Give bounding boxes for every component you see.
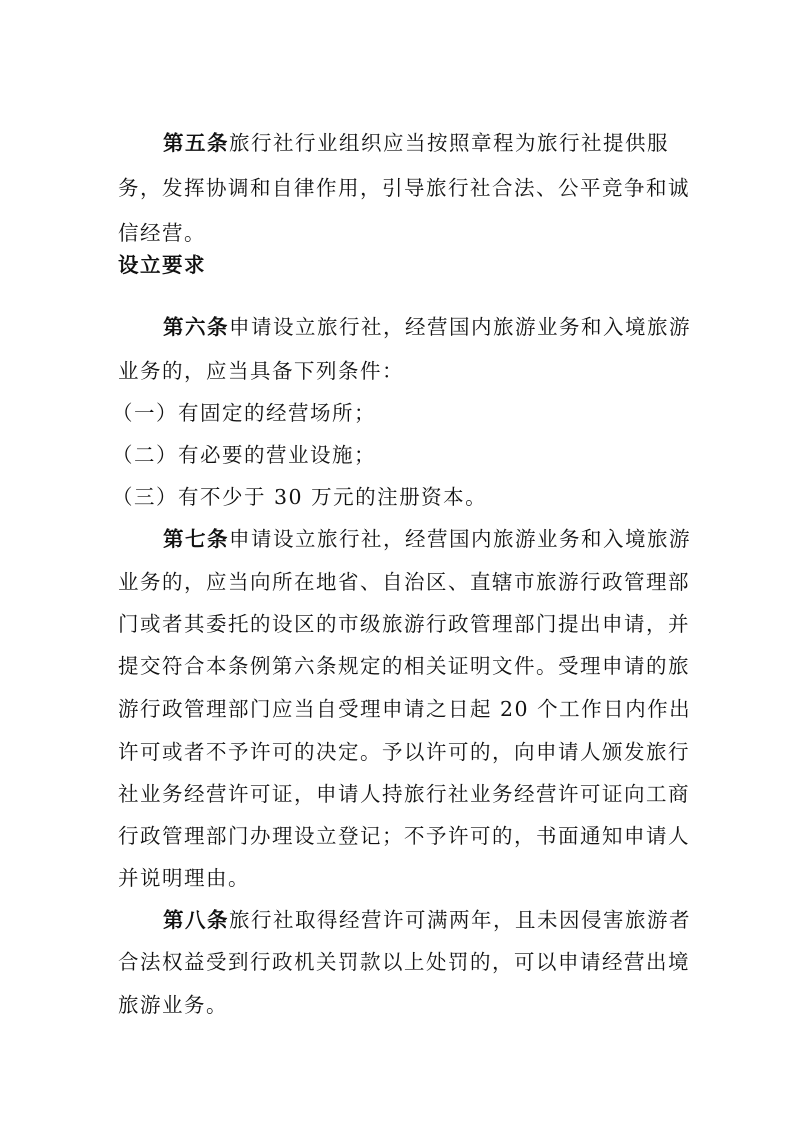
article-8-label: 第八条 (163, 908, 229, 932)
article-6-line-1: 第六条申请设立旅行社，经营国内旅游业务和入境旅游 (163, 315, 691, 339)
article-8-line-3: 旅游业务。 (118, 993, 228, 1017)
article-6-line-2: 业务的，应当具备下列条件： (118, 359, 404, 383)
article-5-line-2: 务，发挥协调和自律作用，引导旅行社合法、公平竞争和诚 (118, 176, 690, 200)
article-7-label: 第七条 (163, 527, 229, 551)
article-7-line-3: 门或者其委托的设区的市级旅游行政管理部门提出申请，并 (118, 612, 690, 636)
article-7-line-5: 游行政管理部门应当自受理申请之日起 20 个工作日内作出 (118, 697, 691, 721)
article-7-line-2: 业务的，应当向所在地省、自治区、直辖市旅游行政管理部 (118, 570, 690, 594)
article-6-item-3: （三）有不少于 30 万元的注册资本。 (112, 485, 487, 509)
article-6-item-2: （二）有必要的营业设施； (112, 443, 376, 467)
article-5-label: 第五条 (163, 131, 229, 155)
article-8-line-1: 第八条旅行社取得经营许可满两年，且未因侵害旅游者 (163, 908, 691, 932)
article-5-line-1: 第五条旅行社行业组织应当按照章程为旅行社提供服 (163, 131, 669, 155)
article-7-line-6: 许可或者不予许可的决定。予以许可的，向申请人颁发旅行 (118, 740, 690, 764)
article-6-item-1: （一）有固定的经营场所； (112, 401, 376, 425)
article-7-line-8: 行政管理部门办理设立登记；不予许可的，书面通知申请人 (118, 824, 690, 848)
article-8-line-2: 合法权益受到行政机关罚款以上处罚的，可以申请经营出境 (118, 950, 690, 974)
article-5-line-3: 信经营。 (118, 221, 206, 245)
section-heading: 设立要求 (118, 253, 206, 277)
article-7-line-7: 社业务经营许可证，申请人持旅行社业务经营许可证向工商 (118, 782, 690, 806)
article-7-line-1: 第七条申请设立旅行社，经营国内旅游业务和入境旅游 (163, 527, 691, 551)
article-7-line-4: 提交符合本条例第六条规定的相关证明文件。受理申请的旅 (118, 654, 690, 678)
article-6-label: 第六条 (163, 315, 229, 339)
article-7-line-9: 并说明理由。 (118, 866, 250, 890)
